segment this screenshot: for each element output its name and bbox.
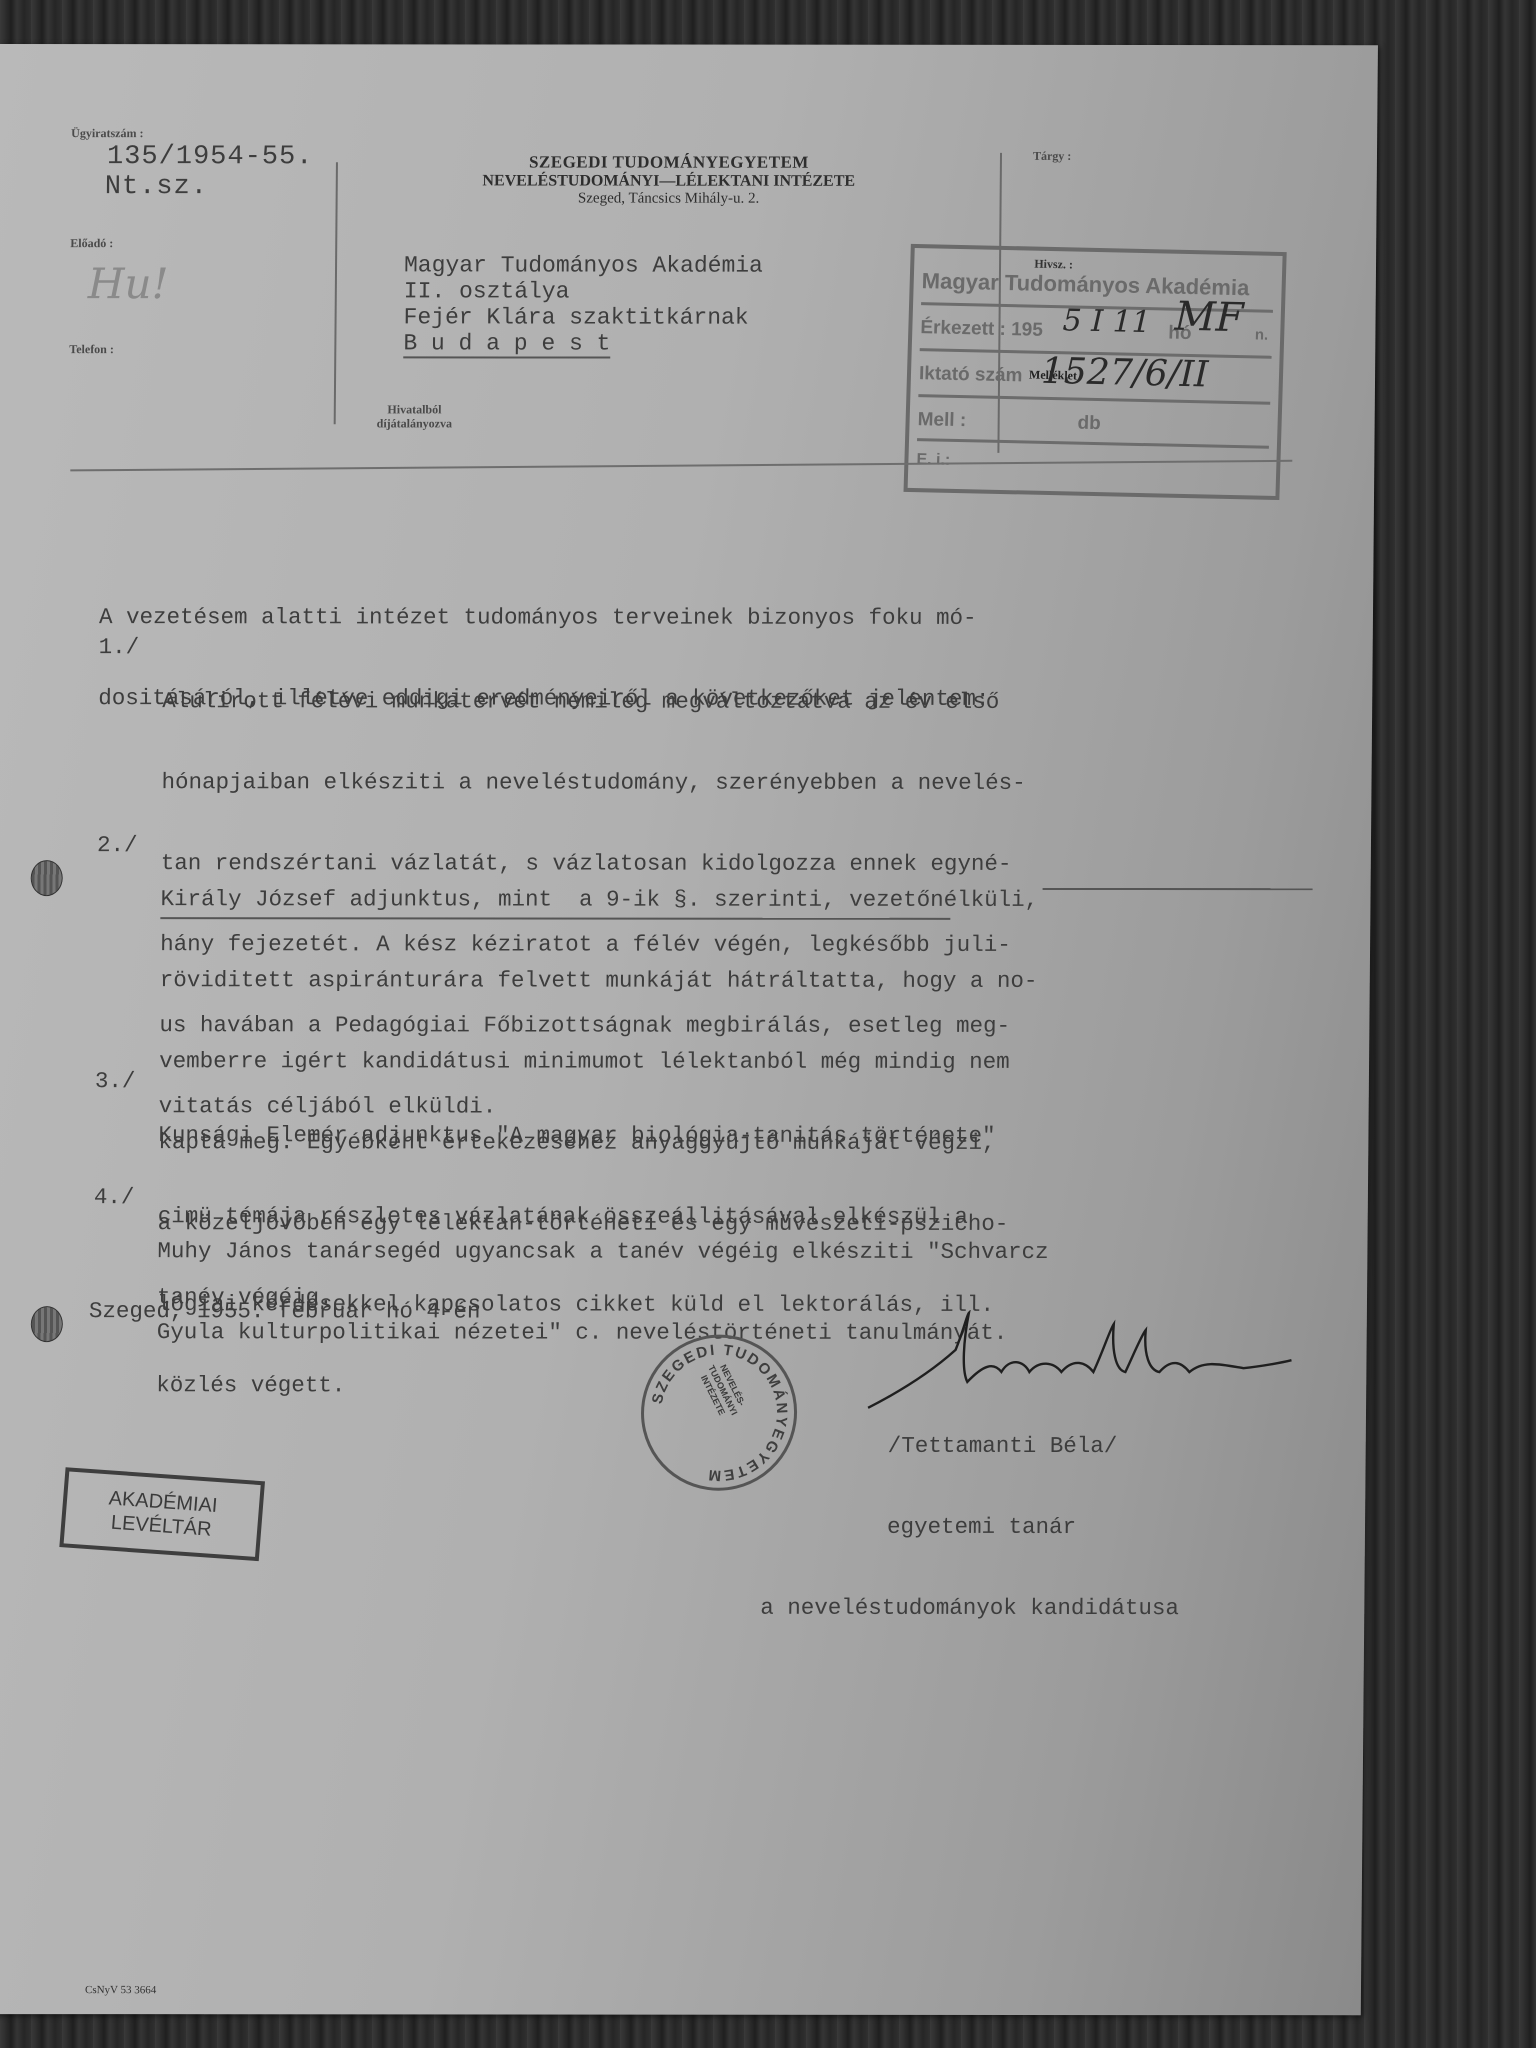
signatory-name: /Tettamanti Béla/ bbox=[858, 1433, 1181, 1460]
received-date-handwritten: 5 I 11 bbox=[1062, 303, 1151, 340]
rapporteur-label: Előadó : bbox=[70, 236, 113, 251]
punch-hole bbox=[31, 860, 63, 896]
intro-line: A vezetésem alatti intézet tudományos te… bbox=[99, 604, 990, 632]
header-divider-left bbox=[334, 162, 338, 424]
list-item: 1./ Alulirott félévi munkatervét némileg… bbox=[98, 634, 153, 742]
list-item: 3./ Kunsági Elemér adjunktus "A magyar b… bbox=[94, 1068, 149, 1176]
item-number: 4./ bbox=[94, 1184, 135, 1211]
registry-label: Iktató szám bbox=[919, 363, 1023, 386]
received-day-suffix: n. bbox=[1254, 313, 1269, 357]
item-number: 1./ bbox=[99, 634, 140, 661]
item-line: hónapjaiban elkésziti a neveléstudomány,… bbox=[161, 769, 1025, 797]
handwritten-underline bbox=[1043, 888, 1313, 890]
registry-number-handwritten: 1527/6/II bbox=[1041, 351, 1209, 396]
received-initials: MF bbox=[1174, 294, 1244, 341]
file-number: 135/1954-55. bbox=[107, 142, 314, 173]
document-page: Ügyiratszám : 135/1954-55. Nt.sz. Előadó… bbox=[0, 44, 1378, 2015]
place-date: Szeged, 1955. február hó 4-én bbox=[89, 1298, 481, 1325]
signatory-title: egyetemi tanár bbox=[857, 1514, 1180, 1541]
addressee-block: Magyar Tudományos Akadémia II. osztálya … bbox=[403, 252, 763, 358]
addressee-city: B u d a p e s t bbox=[403, 330, 610, 358]
archive-stamp: AKADÉMIAI LEVÉLTÁR bbox=[59, 1467, 265, 1561]
addressee-line: II. osztálya bbox=[404, 278, 763, 304]
signature-block: /Tettamanti Béla/ egyetemi tanár a nevel… bbox=[856, 1379, 1181, 1676]
institute-name: NEVELÉSTUDOMÁNYI—LÉLEKTANI INTÉZETE bbox=[399, 172, 939, 190]
list-item: 4./ Muhy János tanársegéd ugyancsak a ta… bbox=[93, 1184, 148, 1292]
postage-note-line: díjátalányozva bbox=[377, 416, 452, 430]
institution-name: SZEGEDI TUDOMÁNYEGYETEM bbox=[399, 152, 939, 172]
received-label: Érkezett : 195 bbox=[920, 317, 1043, 341]
attachments-label: Mell : bbox=[917, 409, 966, 431]
rapporteur-initials: Hu! bbox=[88, 259, 169, 308]
item-number: 2./ bbox=[97, 832, 138, 859]
letterhead: SZEGEDI TUDOMÁNYEGYETEM NEVELÉSTUDOMÁNYI… bbox=[399, 152, 939, 207]
attachments-unit: db bbox=[1077, 402, 1102, 446]
item-line: Alulirott félévi munkatervét némileg meg… bbox=[162, 688, 1026, 716]
footer-print-code: CsNyV 53 3664 bbox=[85, 1984, 156, 1996]
addressee-line: Fejér Klára szaktitkárnak bbox=[403, 304, 762, 330]
item-line: Kunsági Elemér adjunktus "A magyar bioló… bbox=[158, 1122, 995, 1150]
item-line: Király József adjunktus, mint a 9-ik §. … bbox=[160, 886, 1038, 914]
university-seal: SZEGEDI TUDOMÁNYEGYETEM NEVELÉS- TUDOMÁN… bbox=[630, 1325, 807, 1501]
postage-note: Hivatalból díjátalányozva bbox=[377, 402, 453, 430]
list-item: 2./ Király József adjunktus, mint a 9-ik… bbox=[96, 832, 151, 940]
subject-label: Tárgy : bbox=[1033, 149, 1071, 164]
item-line: Muhy János tanársegéd ugyancsak a tanév … bbox=[157, 1238, 1048, 1266]
attachments-row: Mell : db bbox=[917, 398, 1270, 449]
item-number: 3./ bbox=[95, 1068, 136, 1095]
file-number-suffix: Nt.sz. bbox=[105, 172, 208, 203]
signatory-degree: a neveléstudományok kandidátusa bbox=[760, 1595, 1179, 1622]
postage-note-line: Hivatalból bbox=[377, 402, 452, 416]
phone-label: Telefon : bbox=[69, 342, 114, 357]
institution-address: Szeged, Táncsics Mihály-u. 2. bbox=[399, 190, 939, 207]
item-line: röviditett aspiránturára felvett munkájá… bbox=[160, 967, 1038, 995]
file-number-label: Ügyiratszám : bbox=[71, 126, 143, 141]
addressee-line: Magyar Tudományos Akadémia bbox=[404, 252, 763, 278]
punch-hole bbox=[31, 1306, 63, 1342]
